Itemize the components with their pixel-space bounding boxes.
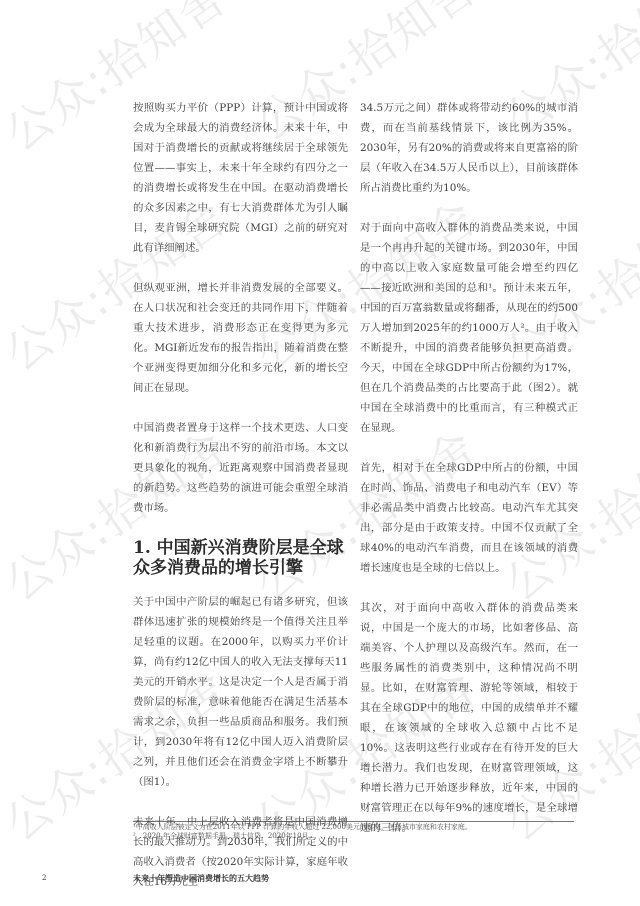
paragraph: 但纵观亚洲，增长并非消费发展的全部要义。在人口状况和社会变迁的共同作用下，伴随着… xyxy=(133,278,348,398)
paragraph: 按照购买力平价（PPP）计算，预计中国或将会成为全球最大的消费经济体。未来十年，… xyxy=(133,98,348,258)
paragraph: 首先，相对于在全球GDP中所占的份额，中国在时尚、饰品、消费电子和电动汽车（EV… xyxy=(360,458,578,578)
right-column: 34.5万元之间）群体或将带动约60%的城市消费，而在当前基线情景下，该比例为3… xyxy=(360,98,578,858)
paragraph: 对于面向中高收入群体的消费品类来说，中国是一个冉冉升起的关键市场。到2030年，… xyxy=(360,218,578,438)
paragraph: 34.5万元之间）群体或将带动约60%的城市消费，而在当前基线情景下，该比例为3… xyxy=(360,98,578,198)
paragraph: 中国消费者置身于这样一个技术更迭、人口变化和新消费行为层出不穷的前沿市场。本文以… xyxy=(133,418,348,518)
paragraph: 其次，对于面向中高收入群体的消费品类来说，中国是一个庞大的市场，比如奢侈品、高端… xyxy=(360,598,578,838)
section-heading: 1. 中国新兴消费阶层是全球众多消费品的增长引擎 xyxy=(133,538,348,578)
paragraph: 关于中国中产阶层的崛起已有诸多研究，但该群体迅速扩张的规模始终是一个值得关注且举… xyxy=(133,592,348,792)
left-column: 按照购买力平价（PPP）计算，预计中国或将会成为全球最大的消费经济体。未来十年，… xyxy=(133,98,348,906)
paragraph: 未来十年，中上层收入消费者将是中国消费增长的最大推动力。到2030年，我们所定义… xyxy=(133,812,348,892)
page-number: 2 xyxy=(42,874,46,882)
